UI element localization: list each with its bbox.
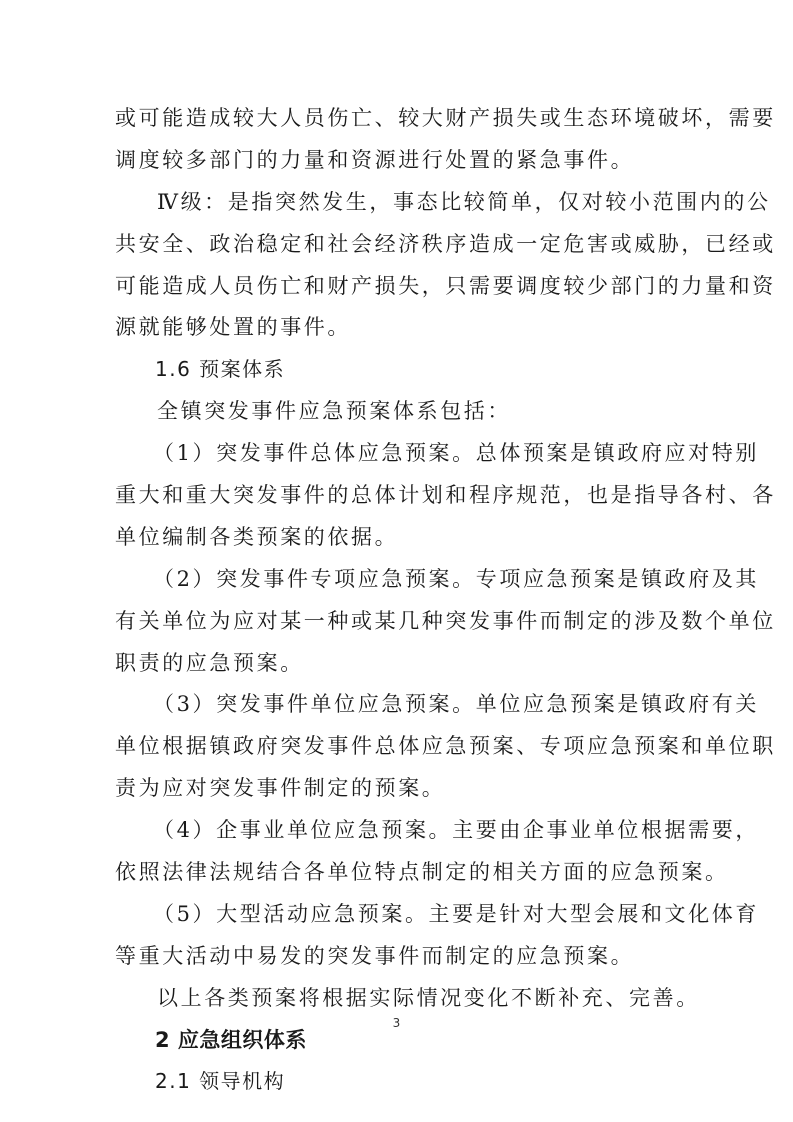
document-page: 或可能造成较大人员伤亡、较大财产损失或生态环境破坏，需要 调度较多部门的力量和资… bbox=[0, 0, 793, 1122]
paragraph-line-intro: 全镇突发事件应急预案体系包括： bbox=[115, 391, 691, 433]
paragraph-line: 单位编制各类预案的依据。 bbox=[115, 517, 691, 559]
page-number: 3 bbox=[0, 1016, 793, 1030]
paragraph-line: 源就能够处置的事件。 bbox=[115, 307, 691, 349]
paragraph-line-level-iv: Ⅳ级：是指突然发生，事态比较简单，仅对较小范围内的公 bbox=[115, 182, 691, 224]
paragraph-line: 等重大活动中易发的突发事件而制定的应急预案。 bbox=[115, 936, 691, 978]
section-heading-1-6: 1.6 预案体系 bbox=[115, 349, 691, 391]
list-item-3: （3）突发事件单位应急预案。单位应急预案是镇政府有关 bbox=[115, 684, 691, 726]
list-item-2: （2）突发事件专项应急预案。专项应急预案是镇政府及其 bbox=[115, 559, 691, 601]
list-item-4: （4）企事业单位应急预案。主要由企事业单位根据需要， bbox=[115, 810, 691, 852]
paragraph-line: 责为应对突发事件制定的预案。 bbox=[115, 768, 691, 810]
section-heading-2-1: 2.1 领导机构 bbox=[115, 1061, 691, 1103]
paragraph-line: 有关单位为应对某一种或某几种突发事件而制定的涉及数个单位 bbox=[115, 601, 691, 643]
paragraph-line-summary: 以上各类预案将根据实际情况变化不断补充、完善。 bbox=[115, 978, 691, 1020]
list-item-1: （1）突发事件总体应急预案。总体预案是镇政府应对特别 bbox=[115, 433, 691, 475]
paragraph-line: 职责的应急预案。 bbox=[115, 643, 691, 685]
list-item-5: （5）大型活动应急预案。主要是针对大型会展和文化体育 bbox=[115, 894, 691, 936]
paragraph-line: 或可能造成较大人员伤亡、较大财产损失或生态环境破坏，需要 bbox=[115, 98, 691, 140]
document-body: 或可能造成较大人员伤亡、较大财产损失或生态环境破坏，需要 调度较多部门的力量和资… bbox=[115, 98, 691, 1103]
paragraph-line: 共安全、政治稳定和社会经济秩序造成一定危害或威胁，已经或 bbox=[115, 224, 691, 266]
paragraph-line: 依照法律法规结合各单位特点制定的相关方面的应急预案。 bbox=[115, 852, 691, 894]
paragraph-line: 重大和重大突发事件的总体计划和程序规范，也是指导各村、各 bbox=[115, 475, 691, 517]
paragraph-line: 调度较多部门的力量和资源进行处置的紧急事件。 bbox=[115, 140, 691, 182]
paragraph-line: 可能造成人员伤亡和财产损失，只需要调度较少部门的力量和资 bbox=[115, 266, 691, 308]
paragraph-line: 单位根据镇政府突发事件总体应急预案、专项应急预案和单位职 bbox=[115, 726, 691, 768]
